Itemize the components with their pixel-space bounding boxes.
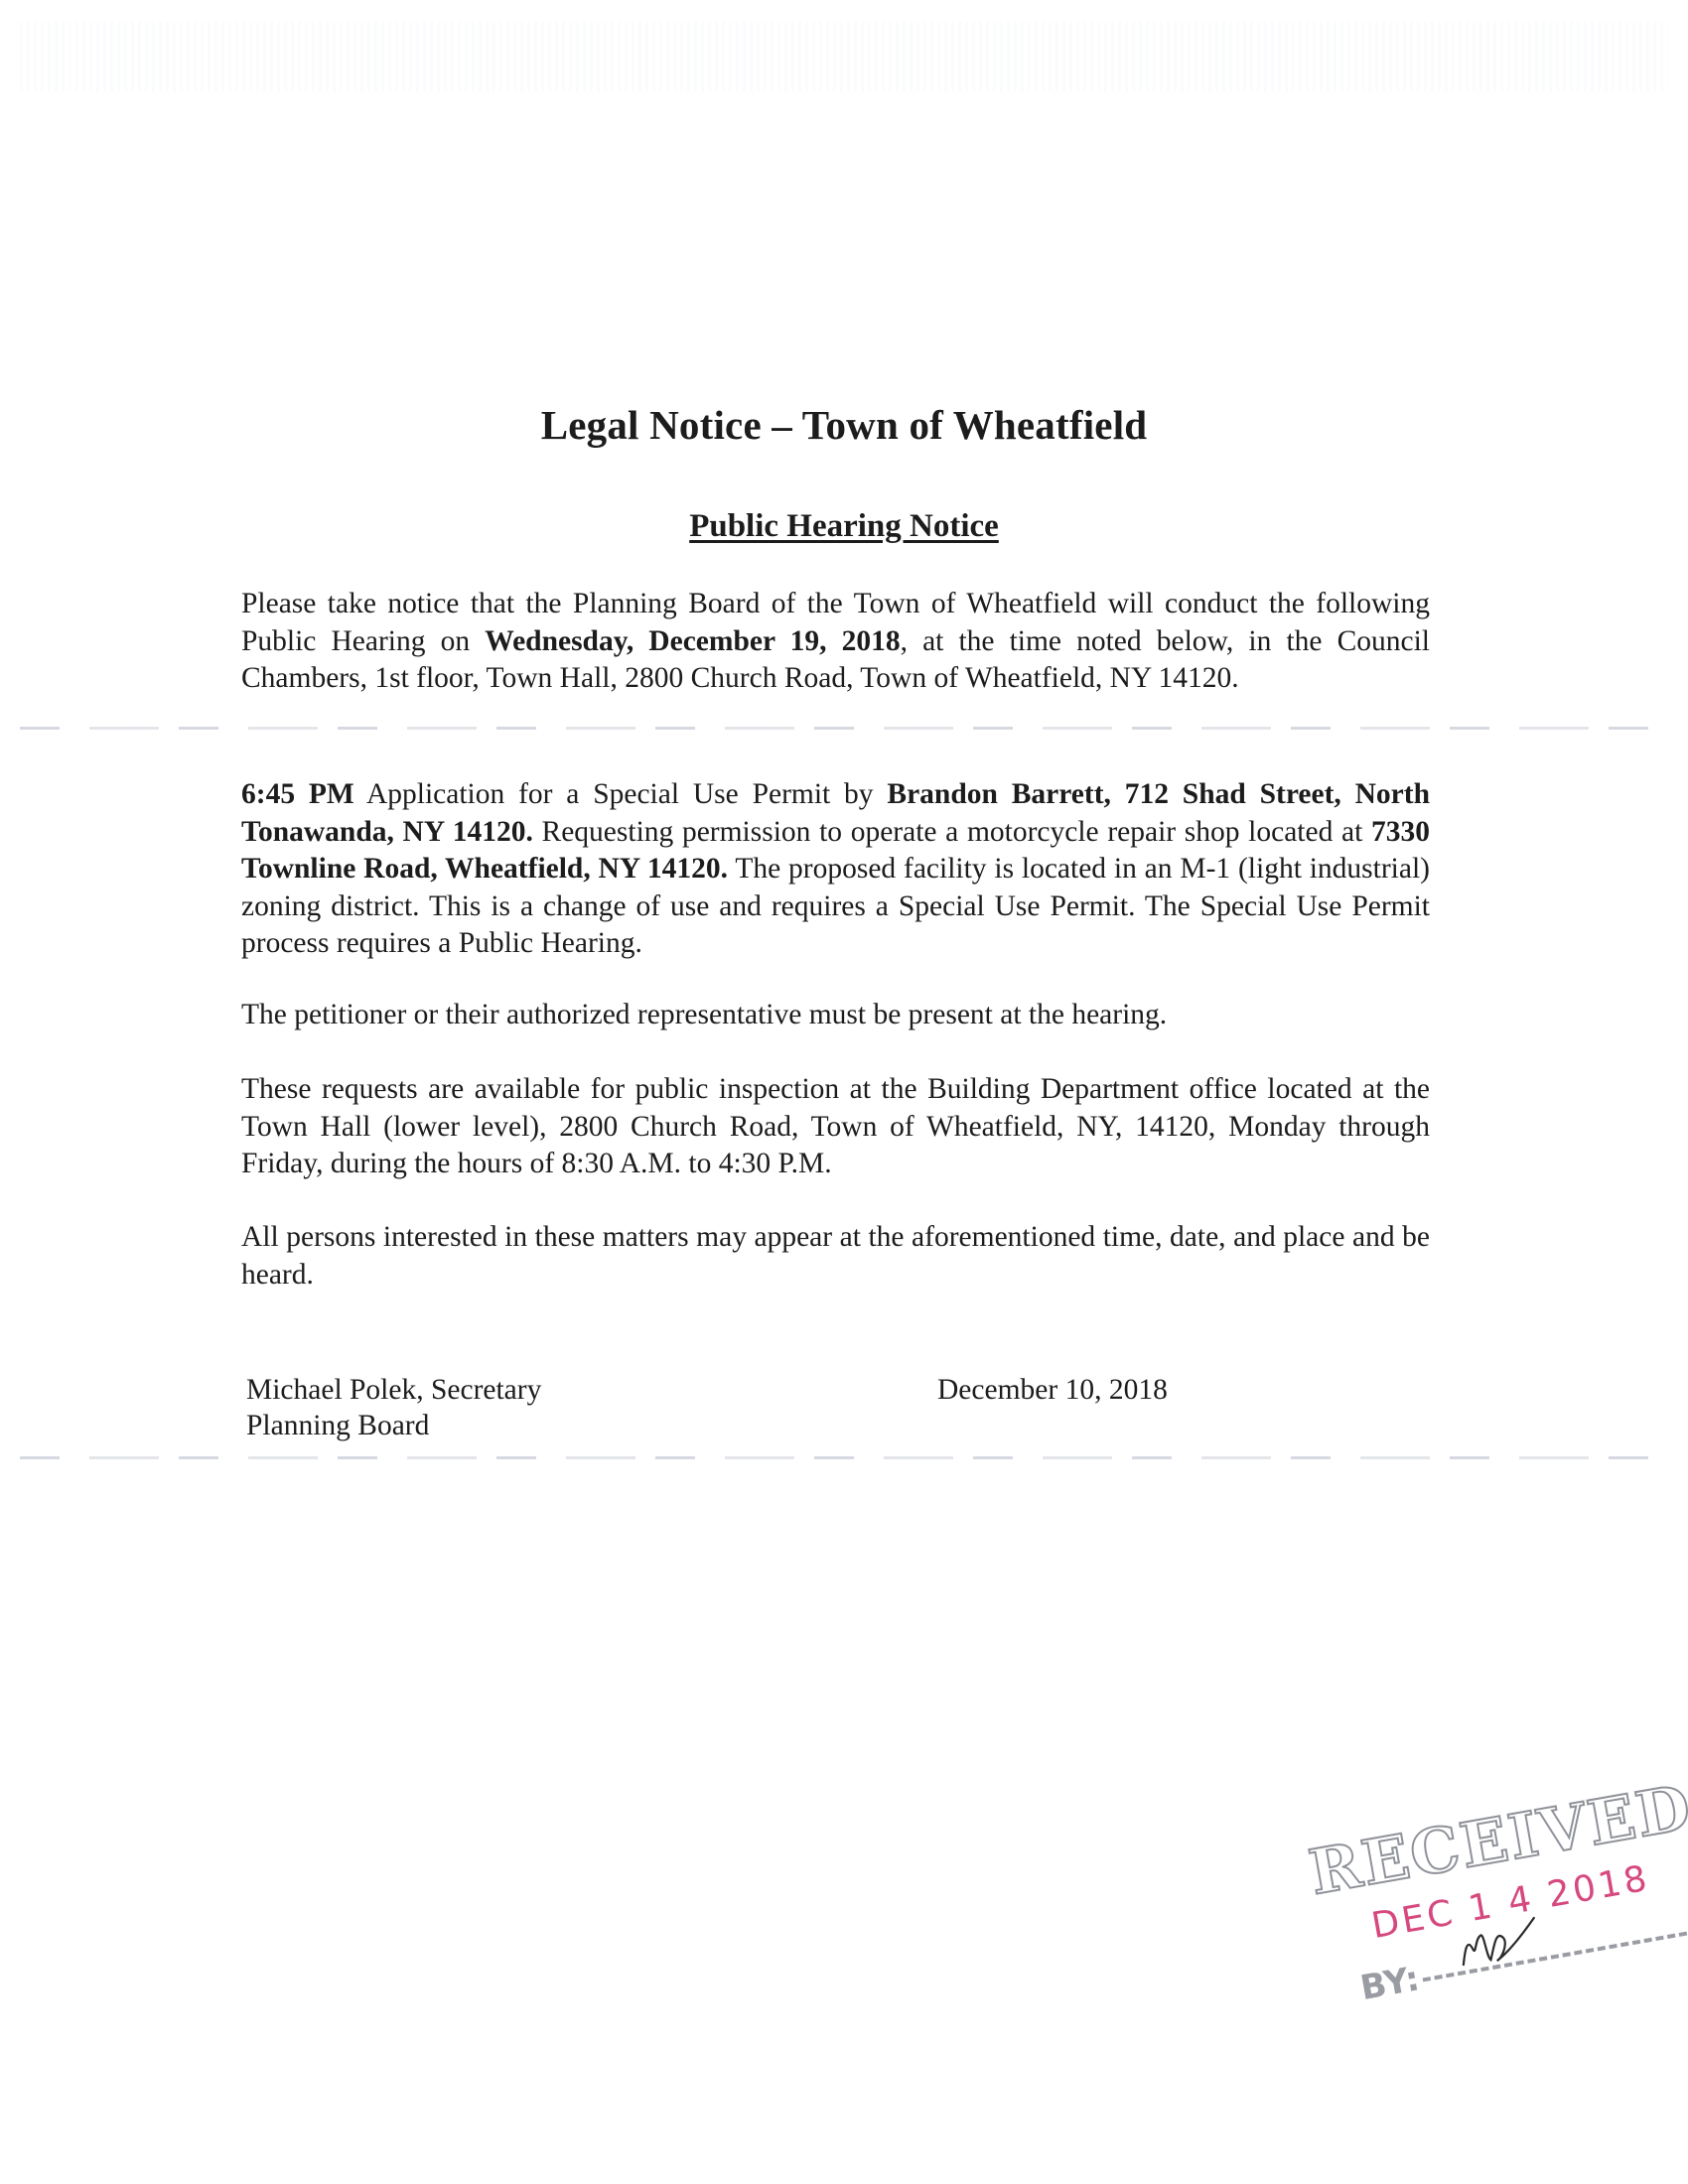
- document-subtitle: Public Hearing Notice: [0, 508, 1688, 545]
- signed-date: December 10, 2018: [937, 1372, 1168, 1408]
- scan-streak: [20, 1456, 1663, 1459]
- hearing-date: Wednesday, December 19, 2018: [485, 625, 900, 657]
- document-title: Legal Notice – Town of Wheatfield: [0, 401, 1688, 449]
- inspection-paragraph: These requests are available for public …: [241, 1071, 1430, 1183]
- stamp-by-label: BY:: [1357, 1959, 1422, 2008]
- hearing-item-text-1: Application for a Special Use Permit by: [354, 778, 888, 810]
- subtitle-text: Public Hearing Notice: [689, 508, 999, 544]
- scan-artifact-top: [20, 22, 1668, 91]
- hearing-item-paragraph: 6:45 PM Application for a Special Use Pe…: [241, 776, 1430, 963]
- signatory-board: Planning Board: [246, 1408, 541, 1443]
- petitioner-paragraph: The petitioner or their authorized repre…: [241, 997, 1430, 1034]
- intro-paragraph: Please take notice that the Planning Boa…: [241, 586, 1430, 698]
- signature-block: Michael Polek, Secretary Planning Board: [246, 1372, 541, 1443]
- received-stamp: RECEIVED DEC 1 4 2018 BY:: [1291, 1758, 1684, 2055]
- hearing-item-text-2: Requesting permission to operate a motor…: [533, 816, 1371, 848]
- appearance-paragraph: All persons interested in these matters …: [241, 1219, 1430, 1294]
- hearing-time: 6:45 PM: [241, 778, 354, 810]
- signatory-name-title: Michael Polek, Secretary: [246, 1372, 541, 1408]
- scan-streak: [20, 727, 1663, 730]
